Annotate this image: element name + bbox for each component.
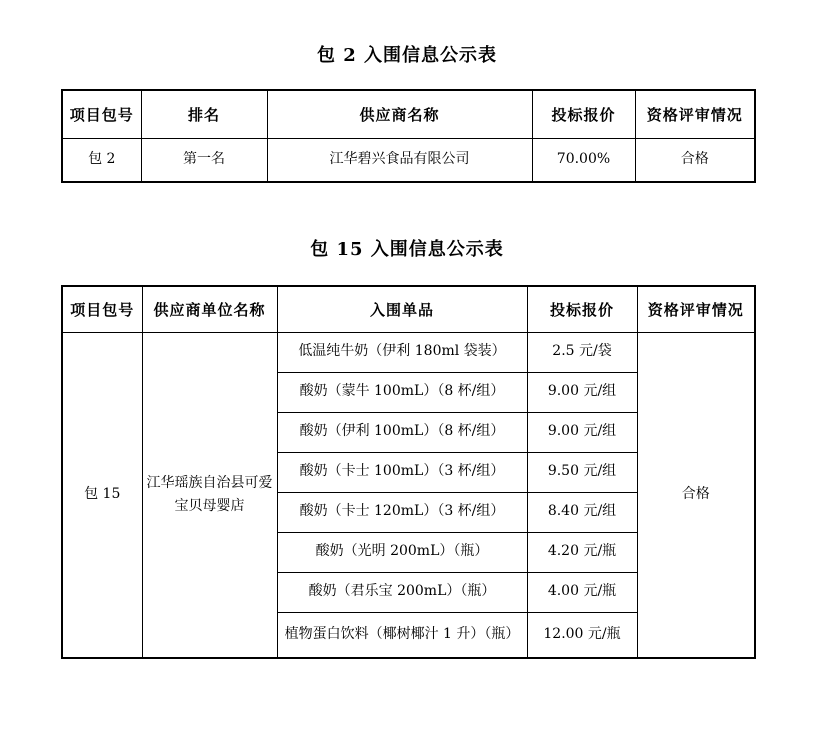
table2-price-5: 8.40 元/组	[527, 492, 637, 532]
table2-header-row: 项目包号 供应商单位名称 入围单品 投标报价 资格评审情况	[62, 286, 755, 332]
table1-header-rank: 排名	[141, 90, 267, 138]
table2-item-7: 酸奶（君乐宝 200mL）（瓶）	[277, 572, 527, 612]
table2-header-item: 入围单品	[277, 286, 527, 332]
table2-header-package-no: 项目包号	[62, 286, 142, 332]
table2-title: 包 15 入围信息公示表	[0, 238, 814, 262]
table1-header-supplier-name: 供应商名称	[267, 90, 532, 138]
table2-item-2: 酸奶（蒙牛 100mL）（8 杯/组）	[277, 372, 527, 412]
table1-header-package-no: 项目包号	[62, 90, 141, 138]
table2-item-8: 植物蛋白饮料（椰树椰汁 1 升）（瓶）	[277, 612, 527, 658]
table2-row-1: 包 15 江华瑶族自治县可爱宝贝母婴店 低温纯牛奶（伊利 180ml 袋装） 2…	[62, 332, 755, 372]
table2-price-3: 9.00 元/组	[527, 412, 637, 452]
table2-item-5: 酸奶（卡士 120mL）（3 杯/组）	[277, 492, 527, 532]
table2-package-no: 包 15	[62, 332, 142, 658]
table2-package15: 项目包号 供应商单位名称 入围单品 投标报价 资格评审情况 包 15 江华瑶族自…	[61, 285, 756, 659]
table1-header-qualification: 资格评审情况	[635, 90, 755, 138]
table2-item-3: 酸奶（伊利 100mL）（8 杯/组）	[277, 412, 527, 452]
table1-header-row: 项目包号 排名 供应商名称 投标报价 资格评审情况	[62, 90, 755, 138]
table2-qualification: 合格	[637, 332, 755, 658]
table1-bid-price: 70.00%	[532, 138, 635, 182]
table2-price-2: 9.00 元/组	[527, 372, 637, 412]
table2-supplier-name: 江华瑶族自治县可爱宝贝母婴店	[142, 332, 277, 658]
table2-price-4: 9.50 元/组	[527, 452, 637, 492]
table2-header-supplier-unit: 供应商单位名称	[142, 286, 277, 332]
table2-header-bid-price: 投标报价	[527, 286, 637, 332]
table1-rank: 第一名	[141, 138, 267, 182]
table2-item-1: 低温纯牛奶（伊利 180ml 袋装）	[277, 332, 527, 372]
table2-header-qualification: 资格评审情况	[637, 286, 755, 332]
table2-item-6: 酸奶（光明 200mL）（瓶）	[277, 532, 527, 572]
table1-supplier-name: 江华碧兴食品有限公司	[267, 138, 532, 182]
table1-package2: 项目包号 排名 供应商名称 投标报价 资格评审情况 包 2 第一名 江华碧兴食品…	[61, 89, 756, 183]
table1-header-bid-price: 投标报价	[532, 90, 635, 138]
table1-package-no: 包 2	[62, 138, 141, 182]
table1-title: 包 2 入围信息公示表	[0, 44, 814, 68]
table2-price-1: 2.5 元/袋	[527, 332, 637, 372]
table1-qualification: 合格	[635, 138, 755, 182]
table2-price-8: 12.00 元/瓶	[527, 612, 637, 658]
document-page: { "page": { "background": "#ffffff", "te…	[0, 0, 814, 729]
table2-item-4: 酸奶（卡士 100mL）（3 杯/组）	[277, 452, 527, 492]
table2-price-6: 4.20 元/瓶	[527, 532, 637, 572]
table1-data-row: 包 2 第一名 江华碧兴食品有限公司 70.00% 合格	[62, 138, 755, 182]
table2-price-7: 4.00 元/瓶	[527, 572, 637, 612]
